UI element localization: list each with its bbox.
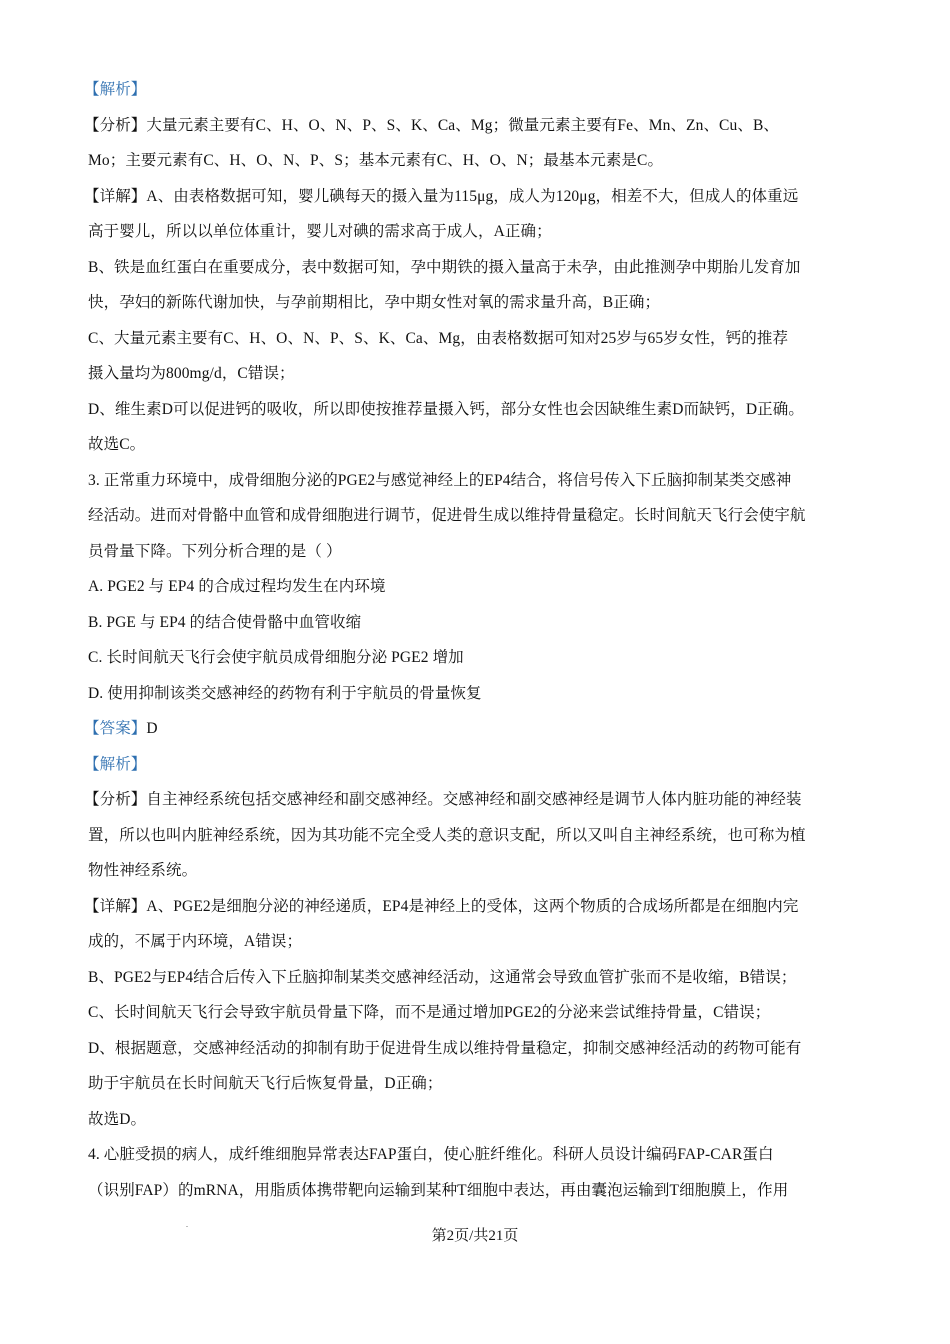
line-text: 故选C。 xyxy=(88,436,145,453)
text-line: 4. 心脏受损的病人，成纤维细胞异常表达FAP蛋白，使心脏纤维化。科研人员设计编… xyxy=(88,1137,868,1173)
line-text: 摄入量均为800mg/d，C错误； xyxy=(88,365,295,382)
line-text: 故选D。 xyxy=(88,1111,146,1128)
section-tag: 【分析】 xyxy=(84,117,146,134)
text-line: 快，孕妇的新陈代谢加快，与孕前期相比，孕中期女性对氧的需求量升高，B正确； xyxy=(88,285,868,321)
line-text: C、长时间航天飞行会导致宇航员骨量下降，而不是通过增加PGE2的分泌来尝试维持骨… xyxy=(88,1004,770,1021)
line-text: D. 使用抑制该类交感神经的药物有利于宇航员的骨量恢复 xyxy=(88,685,482,702)
text-line: 置，所以也叫内脏神经系统，因为其功能不完全受人类的意识支配，所以又叫自主神经系统… xyxy=(88,818,868,854)
section-tag: 【解析】 xyxy=(84,81,146,98)
section-line: 【详解】A、由表格数据可知，婴儿碘每天的摄入量为115μg，成人为120μg，相… xyxy=(84,179,868,215)
section-tag: 【解析】 xyxy=(84,756,146,773)
section-tag: 【详解】 xyxy=(84,188,146,205)
text-line: 助于宇航员在长时间航天飞行后恢复骨量，D正确； xyxy=(88,1066,868,1102)
line-text: A. PGE2 与 EP4 的合成过程均发生在内环境 xyxy=(88,578,386,595)
line-text: B、铁是血红蛋白在重要成分，表中数据可知，孕中期铁的摄入量高于未孕，由此推测孕中… xyxy=(88,259,800,276)
page-footer: 第2页/共21页 xyxy=(0,1224,950,1245)
text-line: A. PGE2 与 EP4 的合成过程均发生在内环境 xyxy=(88,569,868,605)
line-text: 自主神经系统包括交感神经和副交感神经。交感神经和副交感神经是调节人体内脏功能的神… xyxy=(146,791,801,808)
line-text: 物性神经系统。 xyxy=(88,862,197,879)
text-line: Mo；主要元素有C、H、O、N、P、S；基本元素有C、H、O、N；最基本元素是C… xyxy=(88,143,868,179)
section-tag: 【详解】 xyxy=(84,898,146,915)
line-text: 置，所以也叫内脏神经系统，因为其功能不完全受人类的意识支配，所以又叫自主神经系统… xyxy=(88,827,806,844)
line-text: D、根据题意，交感神经活动的抑制有助于促进骨生成以维持骨量稳定，抑制交感神经活动… xyxy=(88,1040,801,1057)
section-tag: 【答案】 xyxy=(84,720,146,737)
text-line: C. 长时间航天飞行会使宇航员成骨细胞分泌 PGE2 增加 xyxy=(88,640,868,676)
line-text: D xyxy=(146,720,157,737)
text-line: C、长时间航天飞行会导致宇航员骨量下降，而不是通过增加PGE2的分泌来尝试维持骨… xyxy=(88,995,868,1031)
document-page: 【解析】【分析】大量元素主要有C、H、O、N、P、S、K、Ca、Mg；微量元素主… xyxy=(88,72,868,1208)
text-line: 3. 正常重力环境中，成骨细胞分泌的PGE2与感觉神经上的EP4结合，将信号传入… xyxy=(88,463,868,499)
section-tag: 【分析】 xyxy=(84,791,146,808)
line-text: 经活动。进而对骨骼中血管和成骨细胞进行调节，促进骨生成以维持骨量稳定。长时间航天… xyxy=(88,507,806,524)
text-line: D、维生素D可以促进钙的吸收，所以即使按推荐量摄入钙，部分女性也会因缺维生素D而… xyxy=(88,392,868,428)
section-line: 【分析】自主神经系统包括交感神经和副交感神经。交感神经和副交感神经是调节人体内脏… xyxy=(84,782,868,818)
line-text: 助于宇航员在长时间航天飞行后恢复骨量，D正确； xyxy=(88,1075,443,1092)
line-text: 3. 正常重力环境中，成骨细胞分泌的PGE2与感觉神经上的EP4结合，将信号传入… xyxy=(88,472,791,489)
line-text: C、大量元素主要有C、H、O、N、P、S、K、Ca、Mg，由表格数据可知对25岁… xyxy=(88,330,788,347)
line-text: 成的，不属于内环境，A错误； xyxy=(88,933,302,950)
line-text: D、维生素D可以促进钙的吸收，所以即使按推荐量摄入钙，部分女性也会因缺维生素D而… xyxy=(88,401,804,418)
line-text: 员骨量下降。下列分析合理的是（ ） xyxy=(88,543,342,560)
line-text: 4. 心脏受损的病人，成纤维细胞异常表达FAP蛋白，使心脏纤维化。科研人员设计编… xyxy=(88,1146,774,1163)
text-line: C、大量元素主要有C、H、O、N、P、S、K、Ca、Mg，由表格数据可知对25岁… xyxy=(88,321,868,357)
section-line: 【解析】 xyxy=(84,72,868,108)
line-text: 大量元素主要有C、H、O、N、P、S、K、Ca、Mg；微量元素主要有Fe、Mn、… xyxy=(146,117,779,134)
text-line: D. 使用抑制该类交感神经的药物有利于宇航员的骨量恢复 xyxy=(88,676,868,712)
line-text: B. PGE 与 EP4 的结合使骨骼中血管收缩 xyxy=(88,614,361,631)
text-line: 故选C。 xyxy=(88,427,868,463)
text-line: （识别FAP）的mRNA，用脂质体携带靶向运输到某种T细胞中表达，再由囊泡运输到… xyxy=(88,1173,868,1209)
line-text: A、由表格数据可知，婴儿碘每天的摄入量为115μg，成人为120μg，相差不大，… xyxy=(146,188,798,205)
section-line: 【详解】A、PGE2是细胞分泌的神经递质，EP4是神经上的受体，这两个物质的合成… xyxy=(84,889,868,925)
text-line: 员骨量下降。下列分析合理的是（ ） xyxy=(88,534,868,570)
text-line: B. PGE 与 EP4 的结合使骨骼中血管收缩 xyxy=(88,605,868,641)
line-text: （识别FAP）的mRNA，用脂质体携带靶向运输到某种T细胞中表达，再由囊泡运输到… xyxy=(88,1182,788,1199)
text-line: 经活动。进而对骨骼中血管和成骨细胞进行调节，促进骨生成以维持骨量稳定。长时间航天… xyxy=(88,498,868,534)
text-line: 物性神经系统。 xyxy=(88,853,868,889)
text-line: 故选D。 xyxy=(88,1102,868,1138)
text-line: B、铁是血红蛋白在重要成分，表中数据可知，孕中期铁的摄入量高于未孕，由此推测孕中… xyxy=(88,250,868,286)
section-line: 【解析】 xyxy=(84,747,868,783)
section-line: 【答案】D xyxy=(84,711,868,747)
line-text: 快，孕妇的新陈代谢加快，与孕前期相比，孕中期女性对氧的需求量升高，B正确； xyxy=(88,294,660,311)
line-text: C. 长时间航天飞行会使宇航员成骨细胞分泌 PGE2 增加 xyxy=(88,649,464,666)
section-line: 【分析】大量元素主要有C、H、O、N、P、S、K、Ca、Mg；微量元素主要有Fe… xyxy=(84,108,868,144)
text-line: 高于婴儿，所以以单位体重计，婴儿对碘的需求高于成人，A正确； xyxy=(88,214,868,250)
line-text: A、PGE2是细胞分泌的神经递质，EP4是神经上的受体，这两个物质的合成场所都是… xyxy=(146,898,798,915)
text-line: 摄入量均为800mg/d，C错误； xyxy=(88,356,868,392)
line-text: Mo；主要元素有C、H、O、N、P、S；基本元素有C、H、O、N；最基本元素是C… xyxy=(88,152,663,169)
text-line: B、PGE2与EP4结合后传入下丘脑抑制某类交感神经活动，这通常会导致血管扩张而… xyxy=(88,960,868,996)
text-line: 成的，不属于内环境，A错误； xyxy=(88,924,868,960)
line-text: B、PGE2与EP4结合后传入下丘脑抑制某类交感神经活动，这通常会导致血管扩张而… xyxy=(88,969,796,986)
text-line: D、根据题意，交感神经活动的抑制有助于促进骨生成以维持骨量稳定，抑制交感神经活动… xyxy=(88,1031,868,1067)
line-text: 高于婴儿，所以以单位体重计，婴儿对碘的需求高于成人，A正确； xyxy=(88,223,552,240)
